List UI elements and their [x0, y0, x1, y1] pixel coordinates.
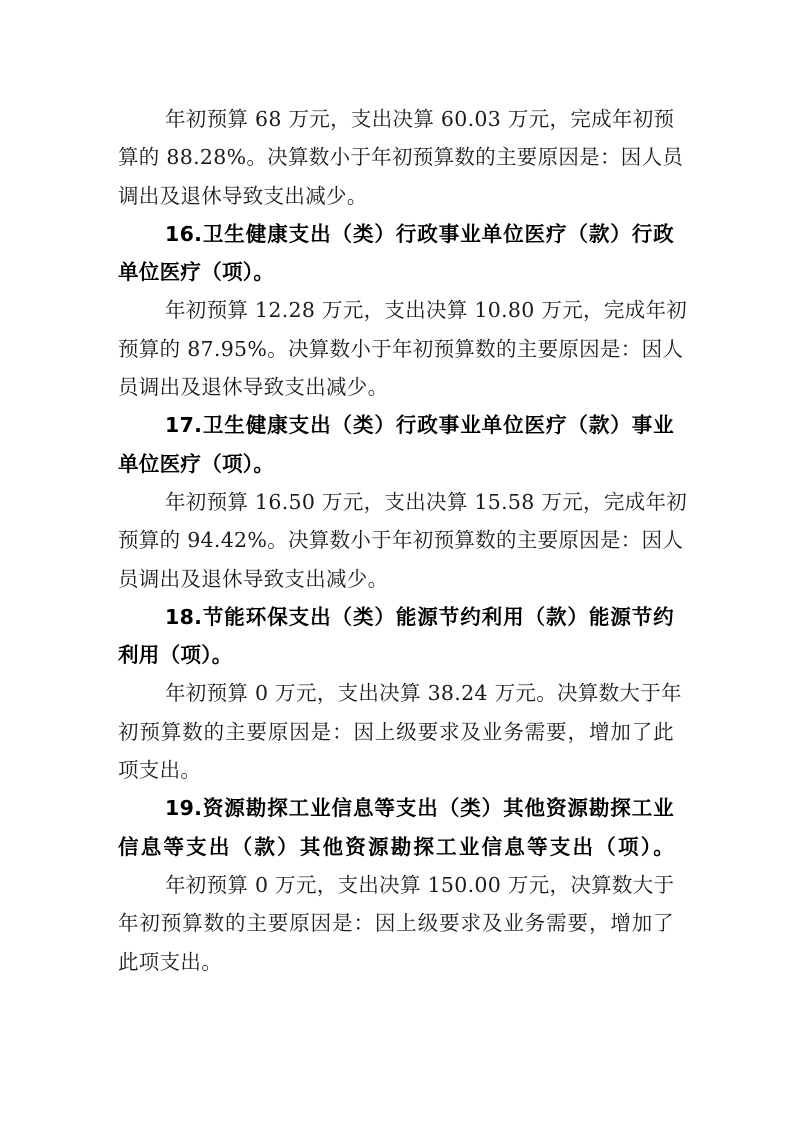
text-line: 员调出及退休导致支出减少。 [118, 368, 674, 406]
text-line: 员调出及退休导致支出减少。 [118, 560, 674, 598]
text-line: 预算的 94.42%。决算数小于年初预算数的主要原因是：因人 [118, 521, 674, 559]
text-line: 年初预算 12.28 万元，支出决算 10.80 万元，完成年初 [118, 291, 674, 329]
paragraph-item-15-body: 年初预算 68 万元，支出决算 60.03 万元，完成年初预 算的 88.28%… [118, 100, 674, 215]
text-line: 调出及退休导致支出减少。 [118, 177, 674, 215]
text-line: 初预算数的主要原因是：因上级要求及业务需要，增加了此 [118, 713, 674, 751]
heading-line: 17.卫生健康支出（类）行政事业单位医疗（款）事业 [118, 406, 674, 444]
heading-item-18: 18.节能环保支出（类）能源节约利用（款）能源节约 利用（项）。 [118, 598, 674, 675]
text-line: 算的 88.28%。决算数小于年初预算数的主要原因是：因人员 [118, 138, 674, 176]
heading-item-17: 17.卫生健康支出（类）行政事业单位医疗（款）事业 单位医疗（项）。 [118, 406, 674, 483]
text-line: 年初预算 16.50 万元，支出决算 15.58 万元，完成年初 [118, 483, 674, 521]
paragraph-item-16-body: 年初预算 12.28 万元，支出决算 10.80 万元，完成年初 预算的 87.… [118, 291, 674, 406]
text-line: 年初预算 0 万元，支出决算 150.00 万元，决算数大于 [118, 866, 674, 904]
text-line: 年初预算数的主要原因是：因上级要求及业务需要，增加了 [118, 904, 674, 942]
paragraph-item-18-body: 年初预算 0 万元，支出决算 38.24 万元。决算数大于年 初预算数的主要原因… [118, 674, 674, 789]
heading-line: 19.资源勘探工业信息等支出（类）其他资源勘探工业 [118, 789, 674, 827]
text-line: 此项支出。 [118, 943, 674, 981]
text-line: 年初预算 0 万元，支出决算 38.24 万元。决算数大于年 [118, 674, 674, 712]
heading-item-16: 16.卫生健康支出（类）行政事业单位医疗（款）行政 单位医疗（项）。 [118, 215, 674, 292]
heading-item-19: 19.资源勘探工业信息等支出（类）其他资源勘探工业 信息等支出（款）其他资源勘探… [118, 789, 674, 866]
paragraph-item-19-body: 年初预算 0 万元，支出决算 150.00 万元，决算数大于 年初预算数的主要原… [118, 866, 674, 981]
heading-line: 利用（项）。 [118, 636, 674, 674]
text-line: 预算的 87.95%。决算数小于年初预算数的主要原因是：因人 [118, 330, 674, 368]
heading-line: 单位医疗（项）。 [118, 445, 674, 483]
heading-line: 18.节能环保支出（类）能源节约利用（款）能源节约 [118, 598, 674, 636]
heading-line: 16.卫生健康支出（类）行政事业单位医疗（款）行政 [118, 215, 674, 253]
text-line: 项支出。 [118, 751, 674, 789]
text-line: 年初预算 68 万元，支出决算 60.03 万元，完成年初预 [118, 100, 674, 138]
document-page: 年初预算 68 万元，支出决算 60.03 万元，完成年初预 算的 88.28%… [118, 100, 674, 981]
paragraph-item-17-body: 年初预算 16.50 万元，支出决算 15.58 万元，完成年初 预算的 94.… [118, 483, 674, 598]
heading-line: 单位医疗（项）。 [118, 253, 674, 291]
heading-line: 信息等支出（款）其他资源勘探工业信息等支出（项）。 [118, 828, 674, 866]
